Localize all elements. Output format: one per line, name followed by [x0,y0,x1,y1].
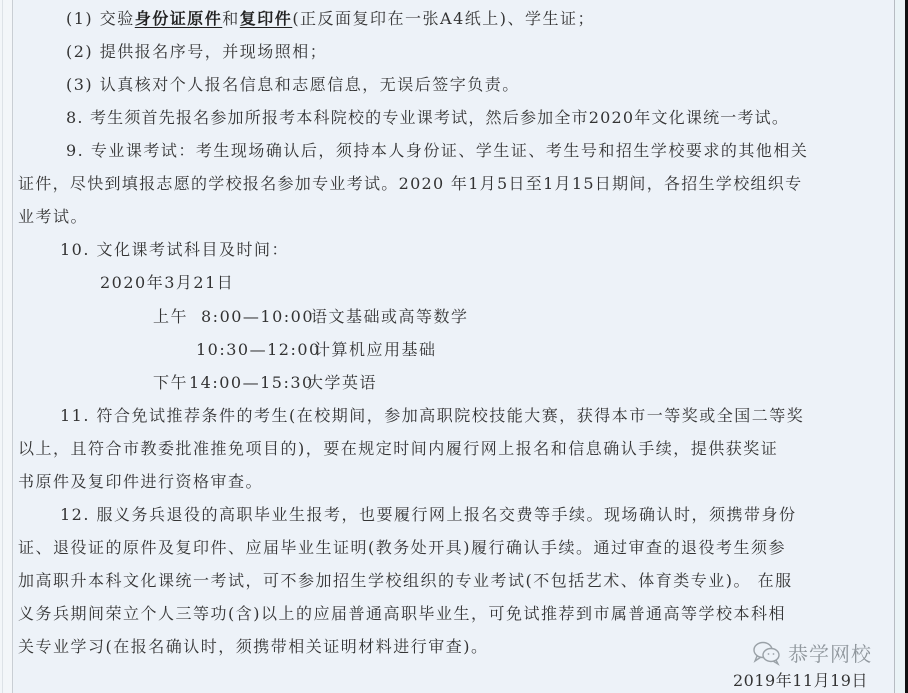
schedule-row-3-time: 14:00—15:30 [189,373,314,393]
item-10-title: 10. 文化课考试科目及时间： [60,240,289,260]
sub-item-2: (2) 提供报名序号，并现场照相； [66,42,327,62]
schedule-row-2-time: 10:30—12:00 [196,340,321,360]
schedule-row-2-subject: 计算机应用基础 [314,340,437,360]
exam-date: 2020年3月21日 [100,273,234,293]
sub-item-1-suffix: (正反面复印在一张A4纸上)、学生证； [292,9,595,28]
item-12-line-4: 义务兵期间荣立个人三等功(含)以上的应届普通高职毕业生，可免试推荐到市属普通高等… [18,604,786,624]
schedule-row-1-subject: 语文基础或高等数学 [311,307,469,327]
photocopy-emphasis: 复印件 [240,9,293,28]
schedule-row-1-time: 8:00—10:00 [201,307,314,327]
item-12-line-5: 关专业学习(在报名确认时，须携带相关证明材料进行审查)。 [18,637,489,657]
sub-item-1-prefix: (1) 交验 [66,9,135,28]
item-12-line-2: 证、退役证的原件及复印件、应届毕业生证明(教务处开具)履行确认手续。通过审查的退… [18,538,786,558]
sub-item-1-mid: 和 [222,9,240,28]
left-border [0,0,13,693]
signature-date: 2019年11月19日 [733,668,868,691]
item-8: 8. 考生须首先报名参加所报考本科院校的专业课考试，然后参加全市2020年文化课… [66,108,789,128]
schedule-row-1-period: 上午 [153,307,188,327]
watermark-text: 恭学网校 [788,638,872,667]
sub-item-3: (3) 认真核对个人报名信息和志愿信息，无误后签字负责。 [66,75,520,95]
item-11-line-3: 书原件及复印件进行资格审查。 [18,472,263,492]
watermark: 恭学网校 [752,638,872,667]
item-9-line-2: 证件，尽快到填报志愿的学校报名参加专业考试。2020 年1月5日至1月15日期间… [18,174,802,194]
item-9-line-3: 业考试。 [18,207,88,227]
schedule-row-3-period: 下午 [153,373,188,393]
item-11-line-1: 11. 符合免试推荐条件的考生(在校期间，参加高职院校技能大赛，获得本市一等奖或… [60,406,804,426]
schedule-row-3-subject: 大学英语 [307,373,377,393]
id-card-original-emphasis: 身份证原件 [135,9,223,28]
sub-item-1: (1) 交验身份证原件和复印件(正反面复印在一张A4纸上)、学生证； [66,9,595,29]
item-12-line-1: 12. 服义务兵退役的高职毕业生报考，也要履行网上报名交费等手续。现场确认时，须… [60,505,797,525]
item-12-line-3: 加高职升本科文化课统一考试，可不参加招生学校组织的专业考试(不包括艺术、体育类专… [18,571,793,591]
item-11-line-2: 以上，且符合市教委批准推免项目的)，要在规定时间内履行网上报名和信息确认手续，提… [18,439,778,459]
right-border [894,0,908,693]
wechat-icon [752,640,782,666]
item-9-line-1: 9. 专业课考试：考生现场确认后，须持本人身份证、学生证、考生号和招生学校要求的… [66,141,808,161]
